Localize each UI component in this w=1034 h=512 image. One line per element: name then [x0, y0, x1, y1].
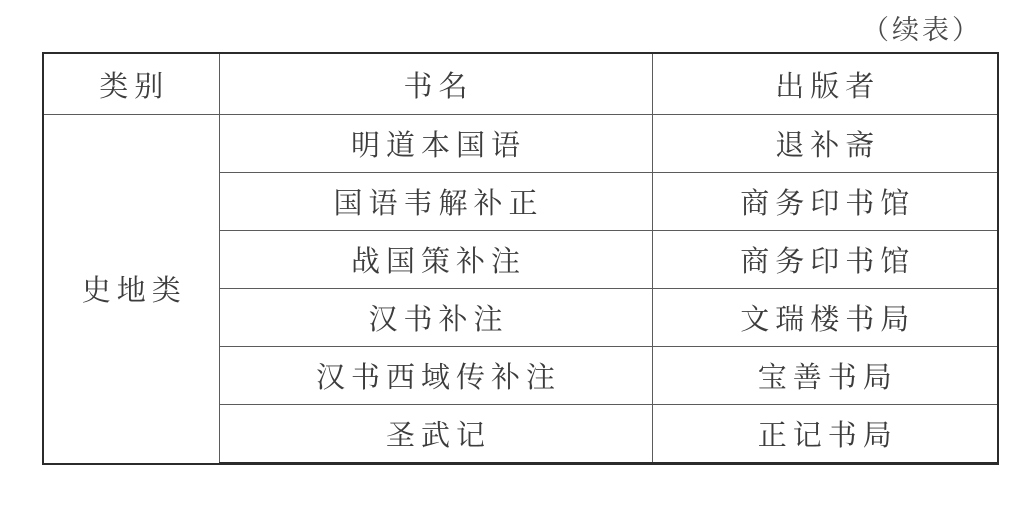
- publisher-cell: 文瑞楼书局: [652, 289, 998, 347]
- book-title-cell: 汉书补注: [219, 289, 652, 347]
- book-publisher-table: 类别 书名 出版者 史地类 明道本国语 退补斋 国语韦解补正 商务印书馆 战国策…: [42, 52, 999, 465]
- category-cell: 史地类: [43, 115, 219, 464]
- book-title-cell: 战国策补注: [219, 231, 652, 289]
- table-header-row: 类别 书名 出版者: [43, 53, 998, 115]
- publisher-cell: 退补斋: [652, 115, 998, 173]
- publisher-cell: 正记书局: [652, 405, 998, 464]
- table-row: 史地类 明道本国语 退补斋: [43, 115, 998, 173]
- publisher-cell: 商务印书馆: [652, 231, 998, 289]
- publisher-cell: 商务印书馆: [652, 173, 998, 231]
- header-book-title: 书名: [219, 53, 652, 115]
- header-publisher: 出版者: [652, 53, 998, 115]
- header-category: 类别: [43, 53, 219, 115]
- book-title-cell: 汉书西域传补注: [219, 347, 652, 405]
- publisher-cell: 宝善书局: [652, 347, 998, 405]
- continued-table-label: （续表）: [862, 8, 982, 47]
- book-title-cell: 圣武记: [219, 405, 652, 464]
- book-title-cell: 国语韦解补正: [219, 173, 652, 231]
- book-title-cell: 明道本国语: [219, 115, 652, 173]
